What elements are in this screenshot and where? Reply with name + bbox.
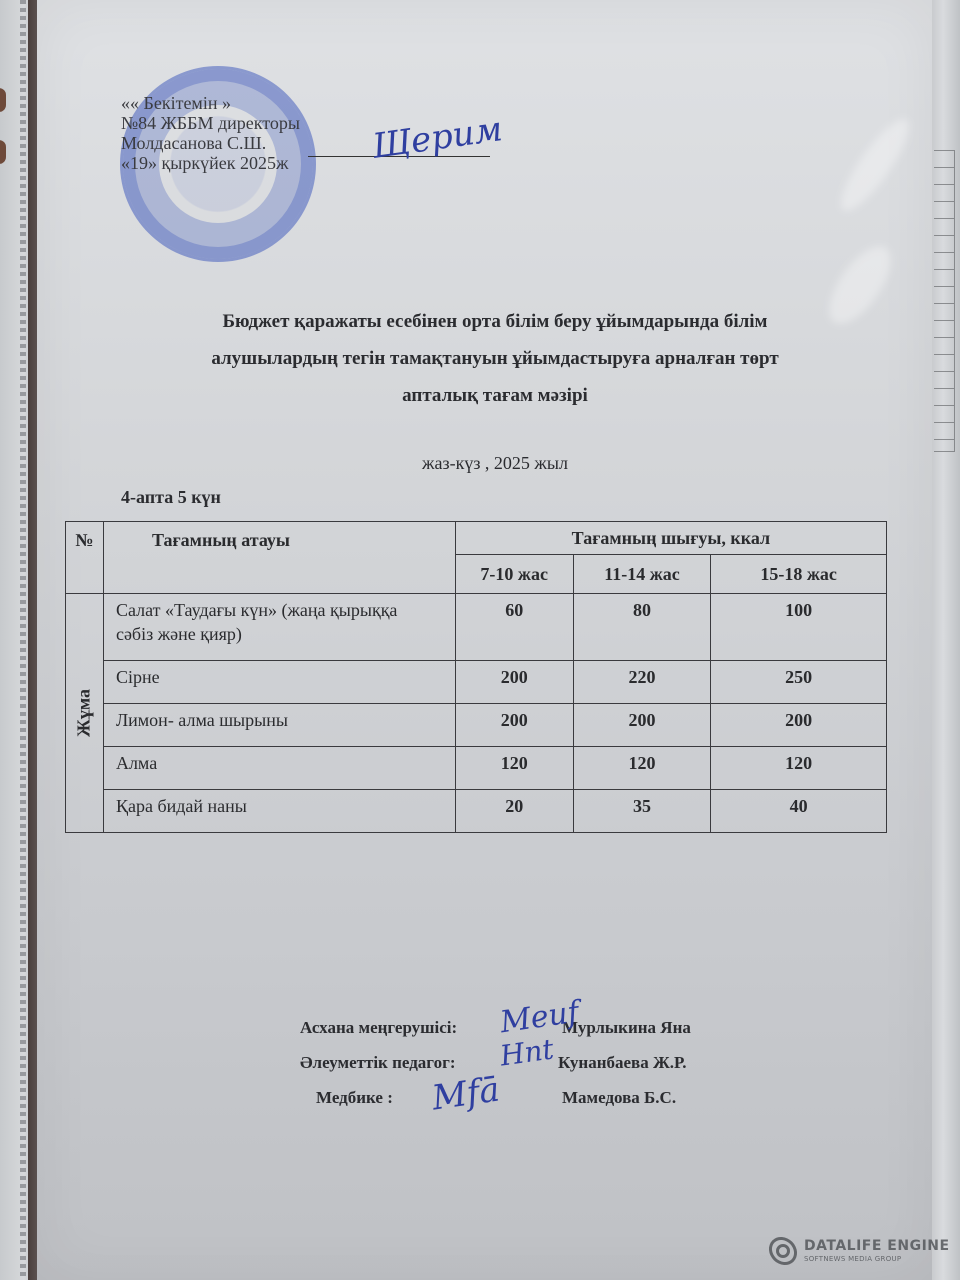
watermark-title: DATALIFE ENGINE <box>804 1239 950 1253</box>
table-row: Алма120120120 <box>66 747 887 790</box>
kcal-value-cell: 200 <box>455 661 573 704</box>
approval-line: Молдасанова С.Ш. <box>121 133 300 153</box>
kcal-value-cell: 200 <box>711 704 887 747</box>
binder-perforation <box>20 0 26 1280</box>
kcal-value-cell: 200 <box>455 704 573 747</box>
season-label: жаз-күз , 2025 жыл <box>100 453 890 474</box>
right-page-edge <box>932 0 960 1280</box>
day-cell: Жұма <box>66 594 104 833</box>
kcal-value-cell: 120 <box>455 747 573 790</box>
kcal-value-cell: 60 <box>455 594 573 661</box>
kcal-value-cell: 120 <box>573 747 711 790</box>
signatory-name: Мамедова Б.С. <box>562 1080 676 1115</box>
kcal-value-cell: 40 <box>711 790 887 833</box>
dish-name-line: сәбіз және қияр) <box>116 622 455 646</box>
kcal-value-cell: 80 <box>573 594 711 661</box>
signatory-role: Медбике : <box>316 1080 393 1115</box>
approval-block: «« Бекітемін » №84 ЖББМ директоры Молдас… <box>121 93 300 173</box>
dish-name-cell: Сірне <box>103 661 455 704</box>
title-line: Бюджет қаражаты есебінен орта білім беру… <box>100 303 890 340</box>
kcal-value-cell: 20 <box>455 790 573 833</box>
approval-line: «19» қыркүйек 2025ж <box>121 153 300 173</box>
dish-name-line: Қара бидай наны <box>116 794 455 818</box>
dish-name-line: Сірне <box>116 665 455 689</box>
document-title: Бюджет қаражаты есебінен орта білім беру… <box>100 303 890 414</box>
title-line: апталық тағам мәзірі <box>100 377 890 414</box>
kcal-value-cell: 100 <box>711 594 887 661</box>
signatory-name: Мурлыкина Яна <box>562 1010 691 1045</box>
approval-line: «« Бекітемін » <box>121 93 300 113</box>
header-age-7-10: 7-10 жас <box>455 555 573 594</box>
signatory-role: Әлеуметтік педагог: <box>300 1045 455 1080</box>
kcal-value-cell: 200 <box>573 704 711 747</box>
header-age-11-14: 11-14 жас <box>573 555 711 594</box>
punch-hole <box>0 140 6 164</box>
approval-line: №84 ЖББМ директоры <box>121 113 300 133</box>
watermark-subtitle: SOFTNEWS MEDIA GROUP <box>804 1256 950 1263</box>
underlying-page-grid <box>934 150 955 452</box>
kcal-value-cell: 250 <box>711 661 887 704</box>
day-label: Жұма <box>74 689 95 737</box>
title-line: алушылардың тегін тамақтануын ұйымдастыр… <box>100 340 890 377</box>
table-row: ЖұмаСалат «Таудағы күн» (жаңа қырыққасәб… <box>66 594 887 661</box>
header-yield: Тағамның шығуы, ккал <box>455 522 886 555</box>
dish-name-cell: Қара бидай наны <box>103 790 455 833</box>
kcal-value-cell: 220 <box>573 661 711 704</box>
watermark: DATALIFE ENGINE SOFTNEWS MEDIA GROUP <box>768 1238 950 1264</box>
table-row: Сірне200220250 <box>66 661 887 704</box>
dish-name-line: Алма <box>116 751 455 775</box>
signatory-role: Асхана меңгерушісі: <box>300 1010 457 1045</box>
menu-table: № Тағамның атауы Тағамның шығуы, ккал 7-… <box>65 521 887 833</box>
dish-name-line: Салат «Таудағы күн» (жаңа қырыққа <box>116 598 455 622</box>
dish-name-line: Лимон- алма шырыны <box>116 708 455 732</box>
signatory-name: Кунанбаева Ж.Р. <box>558 1045 687 1080</box>
kcal-value-cell: 120 <box>711 747 887 790</box>
dish-name-cell: Лимон- алма шырыны <box>103 704 455 747</box>
header-age-15-18: 15-18 жас <box>711 555 887 594</box>
dish-name-cell: Салат «Таудағы күн» (жаңа қырыққасәбіз ж… <box>103 594 455 661</box>
week-day-label: 4-апта 5 күн <box>121 487 221 508</box>
table-row: Лимон- алма шырыны200200200 <box>66 704 887 747</box>
table-row: Қара бидай наны203540 <box>66 790 887 833</box>
punch-hole <box>0 88 6 112</box>
header-dish-name: Тағамның атауы <box>103 522 455 594</box>
header-number: № <box>66 522 104 594</box>
dish-name-cell: Алма <box>103 747 455 790</box>
kcal-value-cell: 35 <box>573 790 711 833</box>
